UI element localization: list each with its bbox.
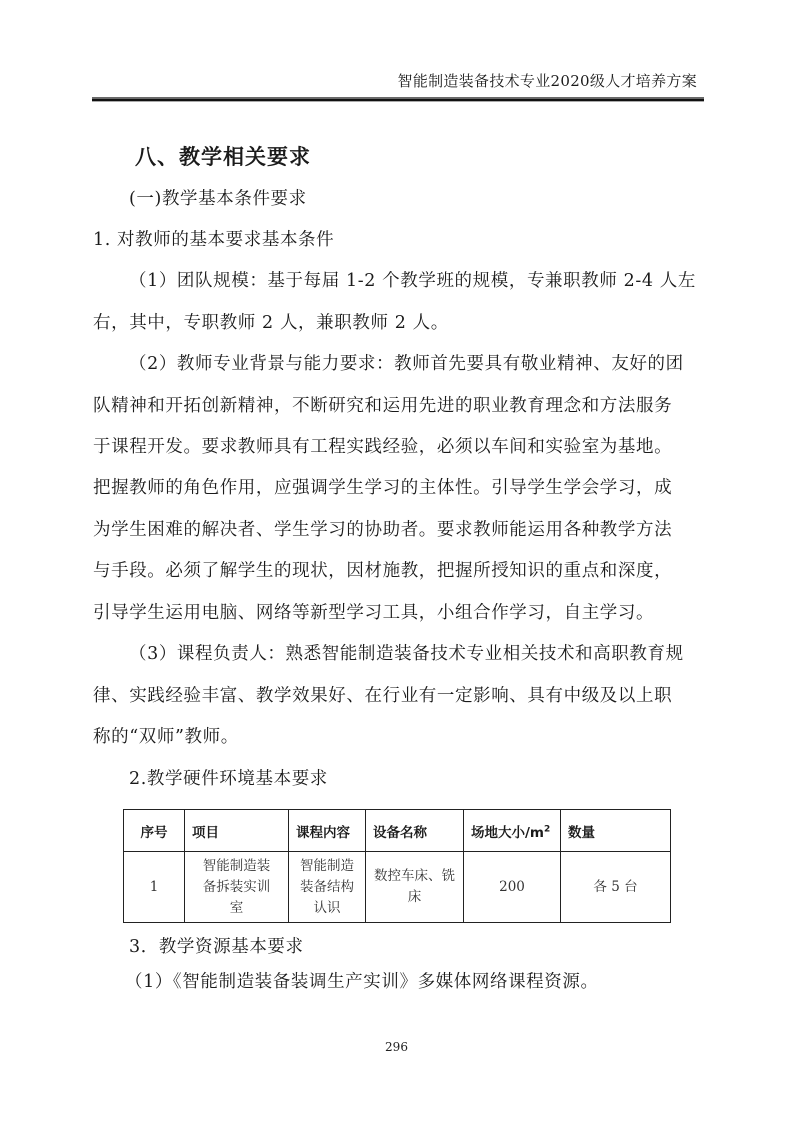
item2-title: 2.教学硬件环境基本要求 [129, 765, 328, 790]
paragraph-course-lead-line2: 律、实践经验丰富、教学效果好、在行业有一定影响、具有中级及以上职 [93, 682, 672, 707]
paragraph-background-line1: （2）教师专业背景与能力要求：教师首先要具有敬业精神、友好的团 [129, 350, 684, 375]
cell-quantity: 各 5 台 [561, 852, 671, 923]
subsection-heading: (一)教学基本条件要求 [129, 185, 307, 210]
page-number: 296 [0, 1040, 793, 1054]
header-divider [92, 97, 704, 103]
item3-title: 3．教学资源基本要求 [129, 933, 304, 958]
paragraph-background-line2: 队精神和开拓创新精神，不断研究和运用先进的职业教育理念和方法服务 [93, 392, 672, 417]
paragraph-team-size-line2: 右，其中，专职教师 2 人，兼职教师 2 人。 [93, 309, 449, 334]
paragraph-background-line7: 引导学生运用电脑、网络等新型学习工具，小组合作学习，自主学习。 [93, 599, 654, 624]
paragraph-course-lead-line3: 称的“双师”教师。 [93, 723, 239, 748]
col-header-course-content: 课程内容 [289, 810, 366, 852]
paragraph-background-line4: 把握教师的角色作用，应强调学生学习的主体性。引导学生学会学习，成 [93, 474, 672, 499]
paragraph-background-line5: 为学生困难的解决者、学生学习的协助者。要求教师能运用各种教学方法 [93, 516, 672, 541]
section-heading: 八、教学相关要求 [135, 141, 311, 171]
cell-area: 200 [464, 852, 561, 923]
paragraph-background-line3: 于课程开发。要求教师具有工程实践经验，必须以车间和实验室为基地。 [93, 433, 672, 458]
paragraph-background-line6: 与手段。必须了解学生的现状，因材施教，把握所授知识的重点和深度， [93, 557, 672, 582]
cell-equipment: 数控车床、铣 床 [366, 852, 464, 923]
hardware-requirements-table: 序号 项目 课程内容 设备名称 场地大小/m2 数量 1 智能制造装 备拆装实训… [123, 809, 671, 923]
cell-number: 1 [124, 852, 185, 923]
item1-title: 1. 对教师的基本要求基本条件 [93, 226, 334, 251]
cell-project: 智能制造装 备拆装实训 室 [185, 852, 289, 923]
col-header-area: 场地大小/m2 [464, 810, 561, 852]
col-header-project: 项目 [185, 810, 289, 852]
col-header-quantity: 数量 [561, 810, 671, 852]
col-header-number: 序号 [124, 810, 185, 852]
paragraph-course-lead-line1: （3）课程负责人：熟悉智能制造装备技术专业相关技术和高职教育规 [129, 640, 684, 665]
cell-course-content: 智能制造 装备结构 认识 [289, 852, 366, 923]
running-header-title: 智能制造装备技术专业2020级人才培养方案 [398, 70, 697, 91]
table-header-row: 序号 项目 课程内容 设备名称 场地大小/m2 数量 [124, 810, 671, 852]
table-row: 1 智能制造装 备拆装实训 室 智能制造 装备结构 认识 数控车床、铣 床 20… [124, 852, 671, 923]
paragraph-team-size-line1: （1）团队规模：基于每届 1-2 个教学班的规模，专兼职教师 2-4 人左 [129, 267, 696, 292]
col-header-equipment: 设备名称 [366, 810, 464, 852]
item3-resource-1: （1）《智能制造装备装调生产实训》多媒体网络课程资源。 [125, 968, 599, 993]
